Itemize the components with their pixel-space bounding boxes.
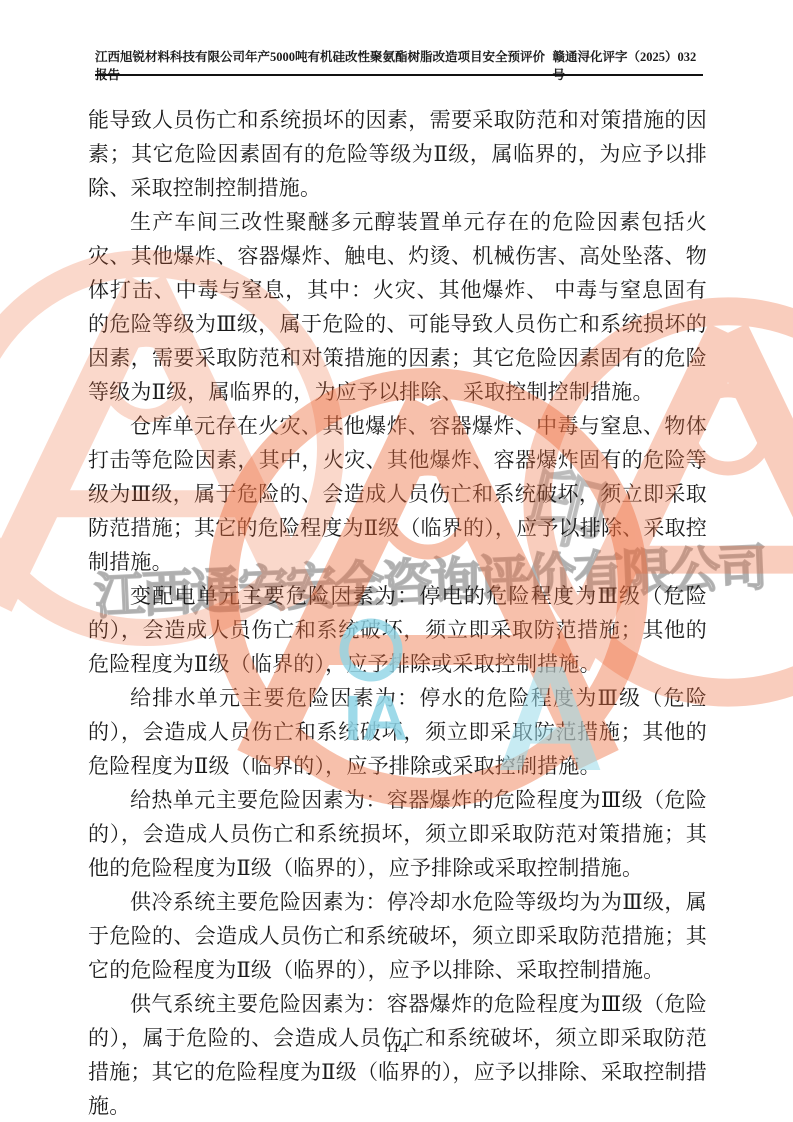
page-number: 114 <box>0 1040 793 1057</box>
paragraph: 变配电单元主要危险因素为：停电的危险程度为Ⅲ级（危险的），会造成人员伤亡和系统破… <box>88 579 707 681</box>
header-doc-number: 赣通浔化评字（2025）032号 <box>553 48 704 84</box>
header-divider <box>95 74 703 76</box>
paragraph: 供冷系统主要危险因素为：停冷却水危险等级均为为Ⅲ级，属于危险的、会造成人员伤亡和… <box>88 885 707 987</box>
report-body: 能导致人员伤亡和系统损坏的因素，需要采取防范和对策措施的因素；其它危险因素固有的… <box>88 81 707 1122</box>
paragraph: 仓库单元存在火灾、其他爆炸、容器爆炸、中毒与窒息、物体打击等危险因素，其中，火灾… <box>88 409 707 579</box>
paragraph: 给热单元主要危险因素为：容器爆炸的危险程度为Ⅲ级（危险的），会造成人员伤亡和系统… <box>88 783 707 885</box>
paragraph: 给排水单元主要危险因素为：停水的危险程度为Ⅲ级（危险的），会造成人员伤亡和系统破… <box>88 681 707 783</box>
header-report-title: 江西旭锐材料科技有限公司年产5000吨有机硅改性聚氨酯树脂改造项目安全预评价报告 <box>95 48 553 84</box>
paragraph: 生产车间三改性聚醚多元醇装置单元存在的危险因素包括火灾、其他爆炸、容器爆炸、触电… <box>88 205 707 409</box>
paragraph: 能导致人员伤亡和系统损坏的因素，需要采取防范和对策措施的因素；其它危险因素固有的… <box>88 103 707 205</box>
document-page: 江西通安安全咨询评价有限公司 印 江西旭锐材料科技有限公司年产5000吨有机硅改… <box>0 0 793 1122</box>
